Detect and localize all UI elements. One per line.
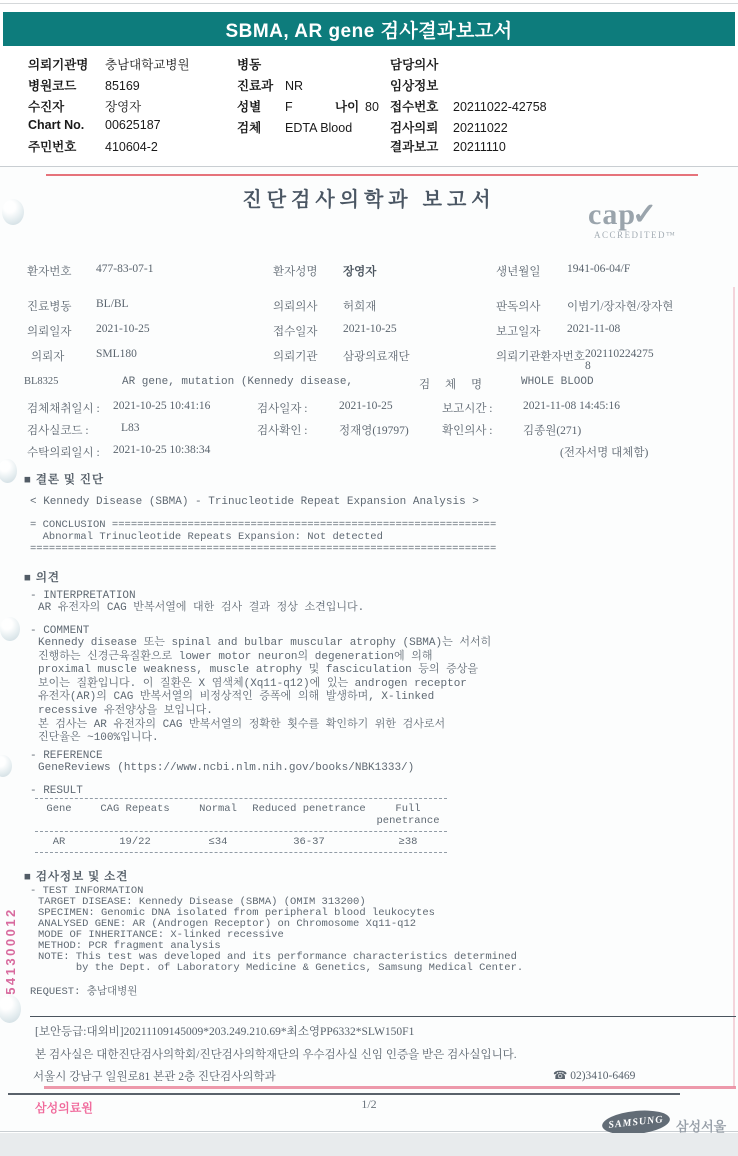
table-cell: AR	[35, 836, 83, 848]
page-number: 1/2	[0, 1097, 738, 1112]
report-title-bar: SBMA, AR gene 검사결과보고서	[3, 12, 735, 46]
field-value: 충남대학교병원	[105, 58, 190, 72]
result-table-header-row: Gene CAG Repeats Normal Reduced penetran…	[35, 798, 447, 831]
field-label: 검사실코드 :	[27, 422, 89, 438]
field-value: 김종원(271)	[523, 422, 581, 438]
result-table-data-row: AR 19/22 ≤34 36-37 ≥38	[35, 831, 447, 853]
field-value: 20211022-42758	[453, 100, 547, 114]
field-label: 보고일자	[496, 323, 540, 339]
conclusion-body: Abnormal Trinucleotide Repeats Expansion…	[30, 531, 383, 543]
bottom-gray-strip	[0, 1133, 738, 1156]
field-label: 의뢰의사	[273, 298, 317, 314]
field-label: 의뢰자	[31, 348, 64, 364]
order-row: 검체채취일시 :2021-10-25 10:41:16 검사일자 :2021-1…	[0, 400, 738, 416]
footer-pink-line	[44, 1086, 736, 1089]
patient-row: 의뢰자SML180 의뢰기관삼광의료재단 의뢰기관환자번호20211022427…	[0, 348, 738, 364]
esign-note: (전자서명 대체함)	[560, 444, 648, 460]
field-label: 검사확인 :	[257, 422, 308, 438]
test-name: AR gene, mutation (Kennedy disease,	[122, 376, 353, 388]
column-header: Normal	[187, 803, 249, 827]
field-label: 병원코드	[28, 76, 105, 94]
field-label: 보고시간 :	[442, 400, 493, 416]
scan-top-red-line	[46, 174, 698, 176]
field-label: 검사의뢰	[390, 118, 453, 136]
field-label: 임상정보	[390, 76, 453, 94]
test-code: BL8325	[24, 376, 58, 387]
field-value: 2021-11-08 14:45:16	[523, 400, 620, 412]
field-value: 80	[365, 100, 379, 114]
field-value: NR	[285, 79, 303, 93]
field-label: 접수번호	[390, 97, 453, 115]
field-label: 수진자	[28, 97, 105, 115]
field-value: 2021-10-25 10:41:16	[113, 400, 210, 412]
field-value: 20211110	[453, 140, 506, 154]
window-top-divider	[0, 3, 738, 4]
info-row: 담당의사	[390, 55, 547, 76]
conclusion-open-line: = CONCLUSION ===========================…	[30, 519, 496, 531]
field-value: 2021-10-25 10:38:34	[113, 444, 210, 456]
info-row: 수진자장영자	[28, 97, 190, 118]
field-label: 접수일자	[273, 323, 317, 339]
field-label: 검사일자 :	[257, 400, 308, 416]
field-label: 검체	[237, 118, 285, 136]
info-row: 검체EDTA Blood	[237, 118, 379, 139]
field-label: 진료과	[237, 76, 285, 94]
field-value: 이범기/장자현/장자현	[567, 298, 673, 314]
result-table: Gene CAG Repeats Normal Reduced penetran…	[35, 798, 447, 853]
field-value: EDTA Blood	[285, 121, 352, 135]
test-name-row: BL8325 AR gene, mutation (Kennedy diseas…	[0, 376, 738, 392]
field-label: 의뢰기관명	[28, 55, 105, 73]
column-header: Gene	[35, 803, 83, 827]
phone-number: ☎ 02)3410-6469	[553, 1068, 635, 1082]
info-row: 병원코드85169	[28, 76, 190, 97]
field-value: 477-83-07-1	[96, 263, 154, 275]
field-label: 판독의사	[496, 298, 540, 314]
field-value: 정재영(19797)	[339, 422, 409, 438]
table-cell: 19/22	[83, 836, 187, 848]
field-label: Chart No.	[28, 118, 105, 132]
field-value: 2021102242758	[585, 348, 659, 372]
info-row: 주민번호410604-2	[28, 137, 190, 156]
field-value: 410604-2	[105, 140, 158, 154]
field-value: L83	[121, 422, 140, 434]
info-row: 임상정보	[390, 76, 547, 97]
field-value: 00625187	[105, 118, 161, 132]
cap-accredited-logo: cap✓ ACCREDITED™	[588, 197, 698, 240]
info-row: 접수번호20211022-42758	[390, 97, 547, 118]
field-value: SML180	[96, 348, 137, 360]
field-label: 환자번호	[27, 263, 71, 279]
table-cell: ≥38	[369, 836, 447, 848]
vertical-accession-number: 541300012	[3, 891, 17, 1011]
field-value: 2021-10-25	[339, 400, 393, 412]
report-title: SBMA, AR gene 검사결과보고서	[225, 16, 512, 43]
column-header: Full penetrance	[369, 803, 447, 827]
section-testinfo-title: ■ 검사정보 및 소견	[24, 868, 128, 884]
info-column-middle: 병동 진료과NR 성별F나이80 검체EDTA Blood	[237, 55, 379, 139]
scan-artifact-bubble	[0, 617, 20, 641]
field-label: 진료병동	[27, 298, 71, 314]
patient-row: 진료병동BL/BL 의뢰의사허희재 판독의사이범기/장자현/장자현	[0, 298, 738, 314]
security-line: [보안등급:대외비]20211109145009*203.249.210.69*…	[35, 1023, 414, 1039]
info-row: 진료과NR	[237, 76, 379, 97]
info-row: Chart No.00625187	[28, 118, 190, 137]
field-label: 결과보고	[390, 137, 453, 155]
certification-line: 본 검사실은 대한진단검사의학회/진단검사의학재단의 우수검사실 신임 인증을 …	[35, 1046, 517, 1062]
section-opinion-title: ■ 의견	[24, 569, 60, 585]
address-line: 서울시 강남구 일원로81 본관 2층 진단검사의학과	[33, 1068, 276, 1084]
info-row: 병동	[237, 55, 379, 76]
interpretation-text: AR 유전자의 CAG 반복서열에 대한 검사 결과 정상 소견입니다.	[38, 602, 364, 616]
specimen-name: WHOLE BLOOD	[521, 376, 594, 388]
field-value: 2021-10-25	[343, 323, 397, 335]
field-label: 확인의사 :	[442, 422, 493, 438]
test-title-line: < Kennedy Disease (SBMA) - Trinucleotide…	[30, 496, 479, 510]
column-header: Reduced penetrance	[249, 803, 369, 827]
info-row: 의뢰기관명충남대학교병원	[28, 55, 190, 76]
field-label: 수탁의뢰일시 :	[27, 444, 100, 460]
field-value: 2021-11-08	[567, 323, 620, 335]
table-cell: 36-37	[249, 836, 369, 848]
comment-text: Kennedy disease 또는 spinal and bulbar mus…	[38, 637, 598, 746]
field-value: F	[285, 100, 335, 114]
field-value: BL/BL	[96, 298, 129, 310]
scanned-report-page: 진단검사의학과 보고서 cap✓ ACCREDITED™ 환자번호477-83-…	[0, 166, 738, 1132]
patient-row: 의뢰일자2021-10-25 접수일자2021-10-25 보고일자2021-1…	[0, 323, 738, 339]
field-label: 주민번호	[28, 137, 105, 155]
field-value: 장영자	[343, 263, 376, 279]
scan-artifact-bubble	[0, 459, 17, 483]
scan-artifact-bubble	[0, 755, 12, 777]
table-cell: ≤34	[187, 836, 249, 848]
field-label: 검체채취일시 :	[27, 400, 100, 416]
patient-row: 환자번호477-83-07-1 환자성명장영자 생년월일1941-06-04/F	[0, 263, 738, 279]
field-value: 20211022	[453, 121, 508, 135]
footer-dark-line	[8, 1093, 680, 1095]
cap-logo-word: cap	[588, 198, 636, 231]
info-row: 성별F나이80	[237, 97, 379, 118]
scan-artifact-bubble	[2, 199, 24, 225]
field-value: 허희재	[343, 298, 376, 314]
report-viewer: SBMA, AR gene 검사결과보고서 의뢰기관명충남대학교병원 병원코드8…	[0, 0, 738, 1156]
field-value: 장영자	[105, 100, 141, 114]
info-row: 검사의뢰20211022	[390, 118, 547, 137]
scan-artifact-bubble	[0, 995, 21, 1023]
field-label: 검 체 명	[419, 376, 488, 392]
field-value: 삼광의료재단	[343, 348, 410, 364]
field-label: 의뢰기관환자번호	[496, 348, 585, 364]
field-label: 의뢰기관	[273, 348, 317, 364]
request-line: REQUEST: 충남대병원	[30, 983, 137, 998]
field-label: 성별	[237, 97, 285, 115]
field-label: 환자성명	[273, 263, 317, 279]
samsung-logo-text: SAMSUNG	[608, 1114, 664, 1131]
cap-logo-subtitle: ACCREDITED™	[594, 230, 698, 240]
column-header: CAG Repeats	[83, 803, 187, 827]
field-value: 1941-06-04/F	[567, 263, 630, 275]
info-row: 결과보고20211110	[390, 137, 547, 156]
footer-divider-line	[30, 1016, 736, 1017]
info-column-left: 의뢰기관명충남대학교병원 병원코드85169 수진자장영자 Chart No.0…	[28, 55, 190, 156]
testinfo-lines: TARGET DISEASE: Kennedy Disease (SBMA) (…	[38, 897, 523, 974]
section-conclusion-title: ■ 결론 및 진단	[24, 471, 104, 487]
order-row: 수탁의뢰일시 :2021-10-25 10:38:34 (전자서명 대체함)	[0, 444, 738, 460]
cap-check-icon: ✓	[632, 198, 657, 231]
reference-text: GeneReviews (https://www.ncbi.nlm.nih.go…	[38, 762, 414, 776]
field-label: 의뢰일자	[27, 323, 71, 339]
field-label: 병동	[237, 55, 285, 73]
conclusion-close-line: ========================================…	[30, 543, 496, 555]
field-label: 나이	[335, 97, 365, 115]
order-row: 검사실코드 :L83 검사확인 :정재영(19797) 확인의사 :김종원(27…	[0, 422, 738, 438]
field-value: 85169	[105, 79, 140, 93]
field-value: 2021-10-25	[96, 323, 150, 335]
field-label: 생년월일	[496, 263, 540, 279]
info-column-right: 담당의사 임상정보 접수번호20211022-42758 검사의뢰2021102…	[390, 55, 547, 156]
field-label: 담당의사	[390, 55, 453, 73]
result-header: - RESULT	[30, 785, 83, 799]
